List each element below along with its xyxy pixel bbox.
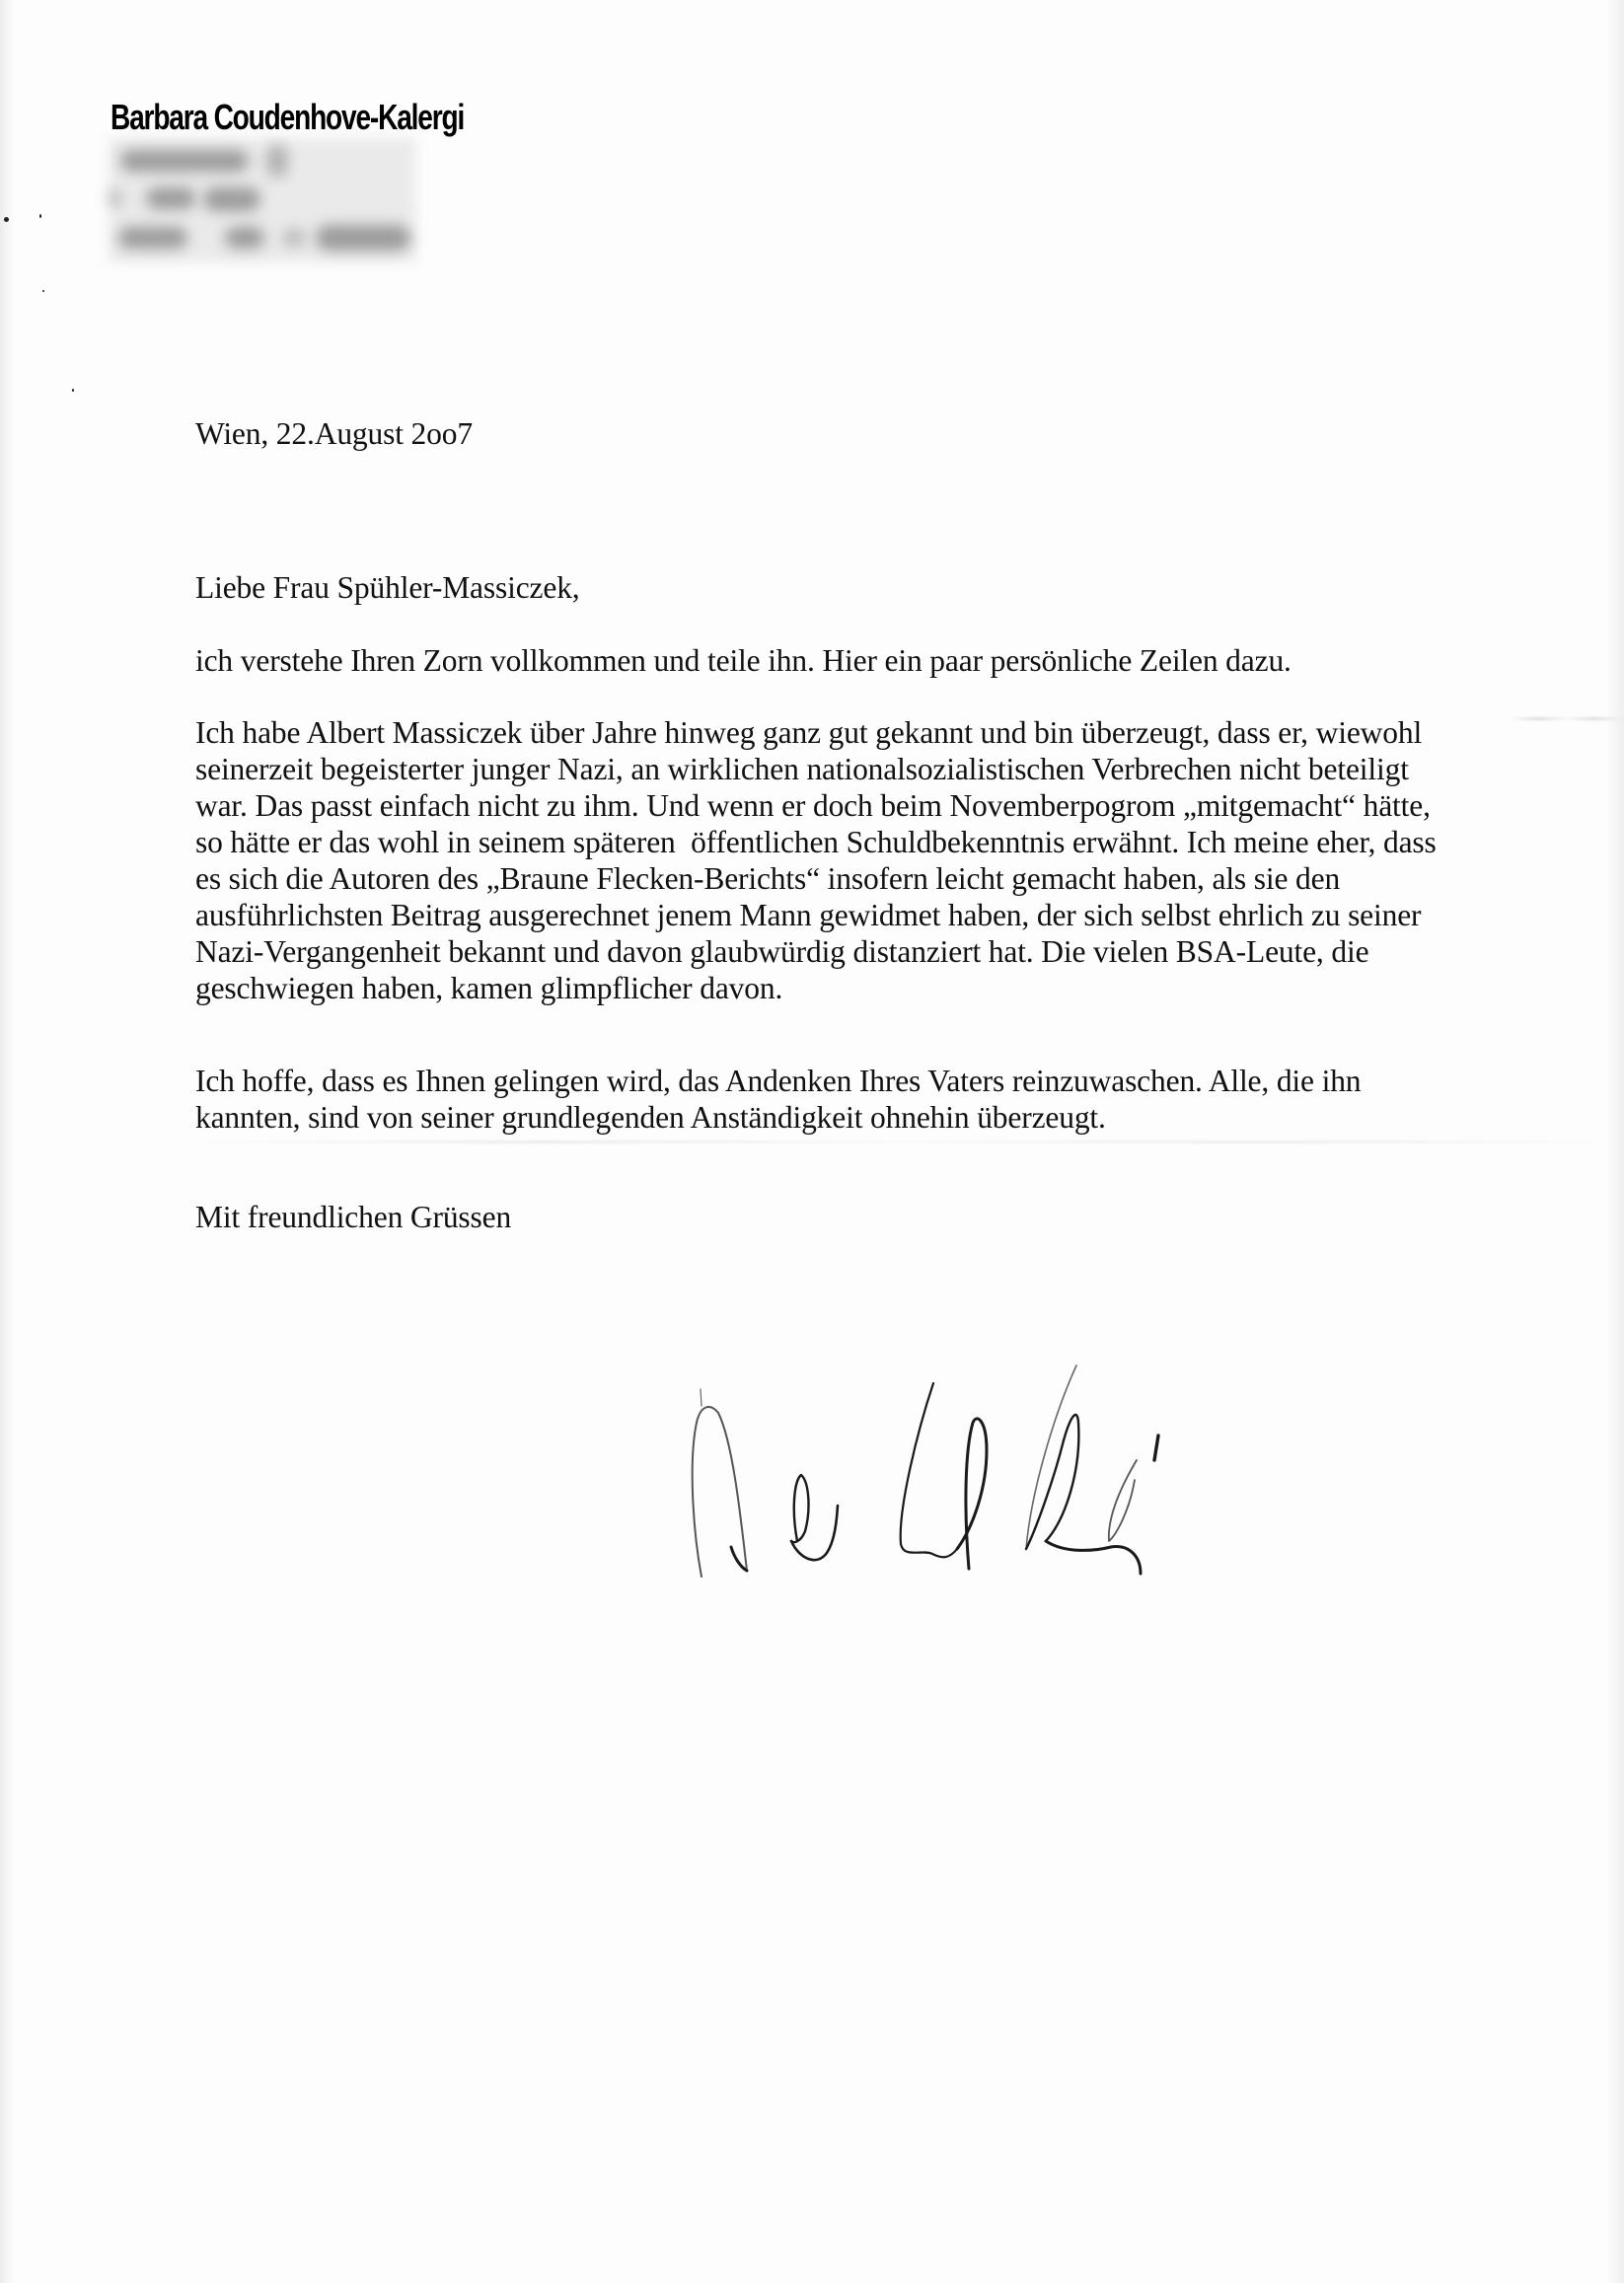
paragraph-line: Ich habe Albert Massiczek über Jahre hin… [195,714,1437,751]
scan-edge-left [0,0,14,2283]
scan-speck [42,290,44,292]
paragraph-line: war. Das passt einfach nicht zu ihm. Und… [195,787,1437,824]
date-line: Wien, 22.August 2oo7 [195,415,473,452]
paragraph-line: Nazi-Vergangenheit bekannt und davon gla… [195,933,1437,970]
intro-paragraph: ich verstehe Ihren Zorn vollkommen und t… [195,642,1292,679]
paragraph-line: ausführlichsten Beitrag ausgerechnet jen… [195,897,1437,933]
scan-speck [72,389,74,392]
closing: Mit freundlichen Grüssen [195,1199,511,1235]
scan-speck [4,217,9,222]
body-paragraph-2: Ich habe Albert Massiczek über Jahre hin… [195,714,1437,1006]
scan-speck [39,214,41,218]
handwritten-signature-icon [631,1312,1164,1598]
scan-fold-line [183,1141,1624,1143]
paragraph-line: es sich die Autoren des „Braune Flecken-… [195,860,1437,897]
paragraph-line: so hätte er das wohl in seinem späteren … [195,824,1437,860]
paragraph-line: seinerzeit begeisterter junger Nazi, an … [195,751,1437,787]
body-paragraph-3: Ich hoffe, dass es Ihnen gelingen wird, … [195,1063,1361,1136]
paragraph-line: Ich hoffe, dass es Ihnen gelingen wird, … [195,1063,1361,1099]
paragraph-line: geschwiegen haben, kamen glimpflicher da… [195,970,1437,1006]
paragraph-line: kannten, sind von seiner grundlegenden A… [195,1099,1361,1136]
redacted-sender-address [109,138,416,262]
scan-fold-line [1510,717,1624,720]
salutation: Liebe Frau Spühler-Massiczek, [195,569,580,606]
letter-page: Barbara Coudenhove-Kalergi Wien, 22.Augu… [0,0,1624,2283]
sender-name: Barbara Coudenhove-Kalergi [111,97,464,138]
